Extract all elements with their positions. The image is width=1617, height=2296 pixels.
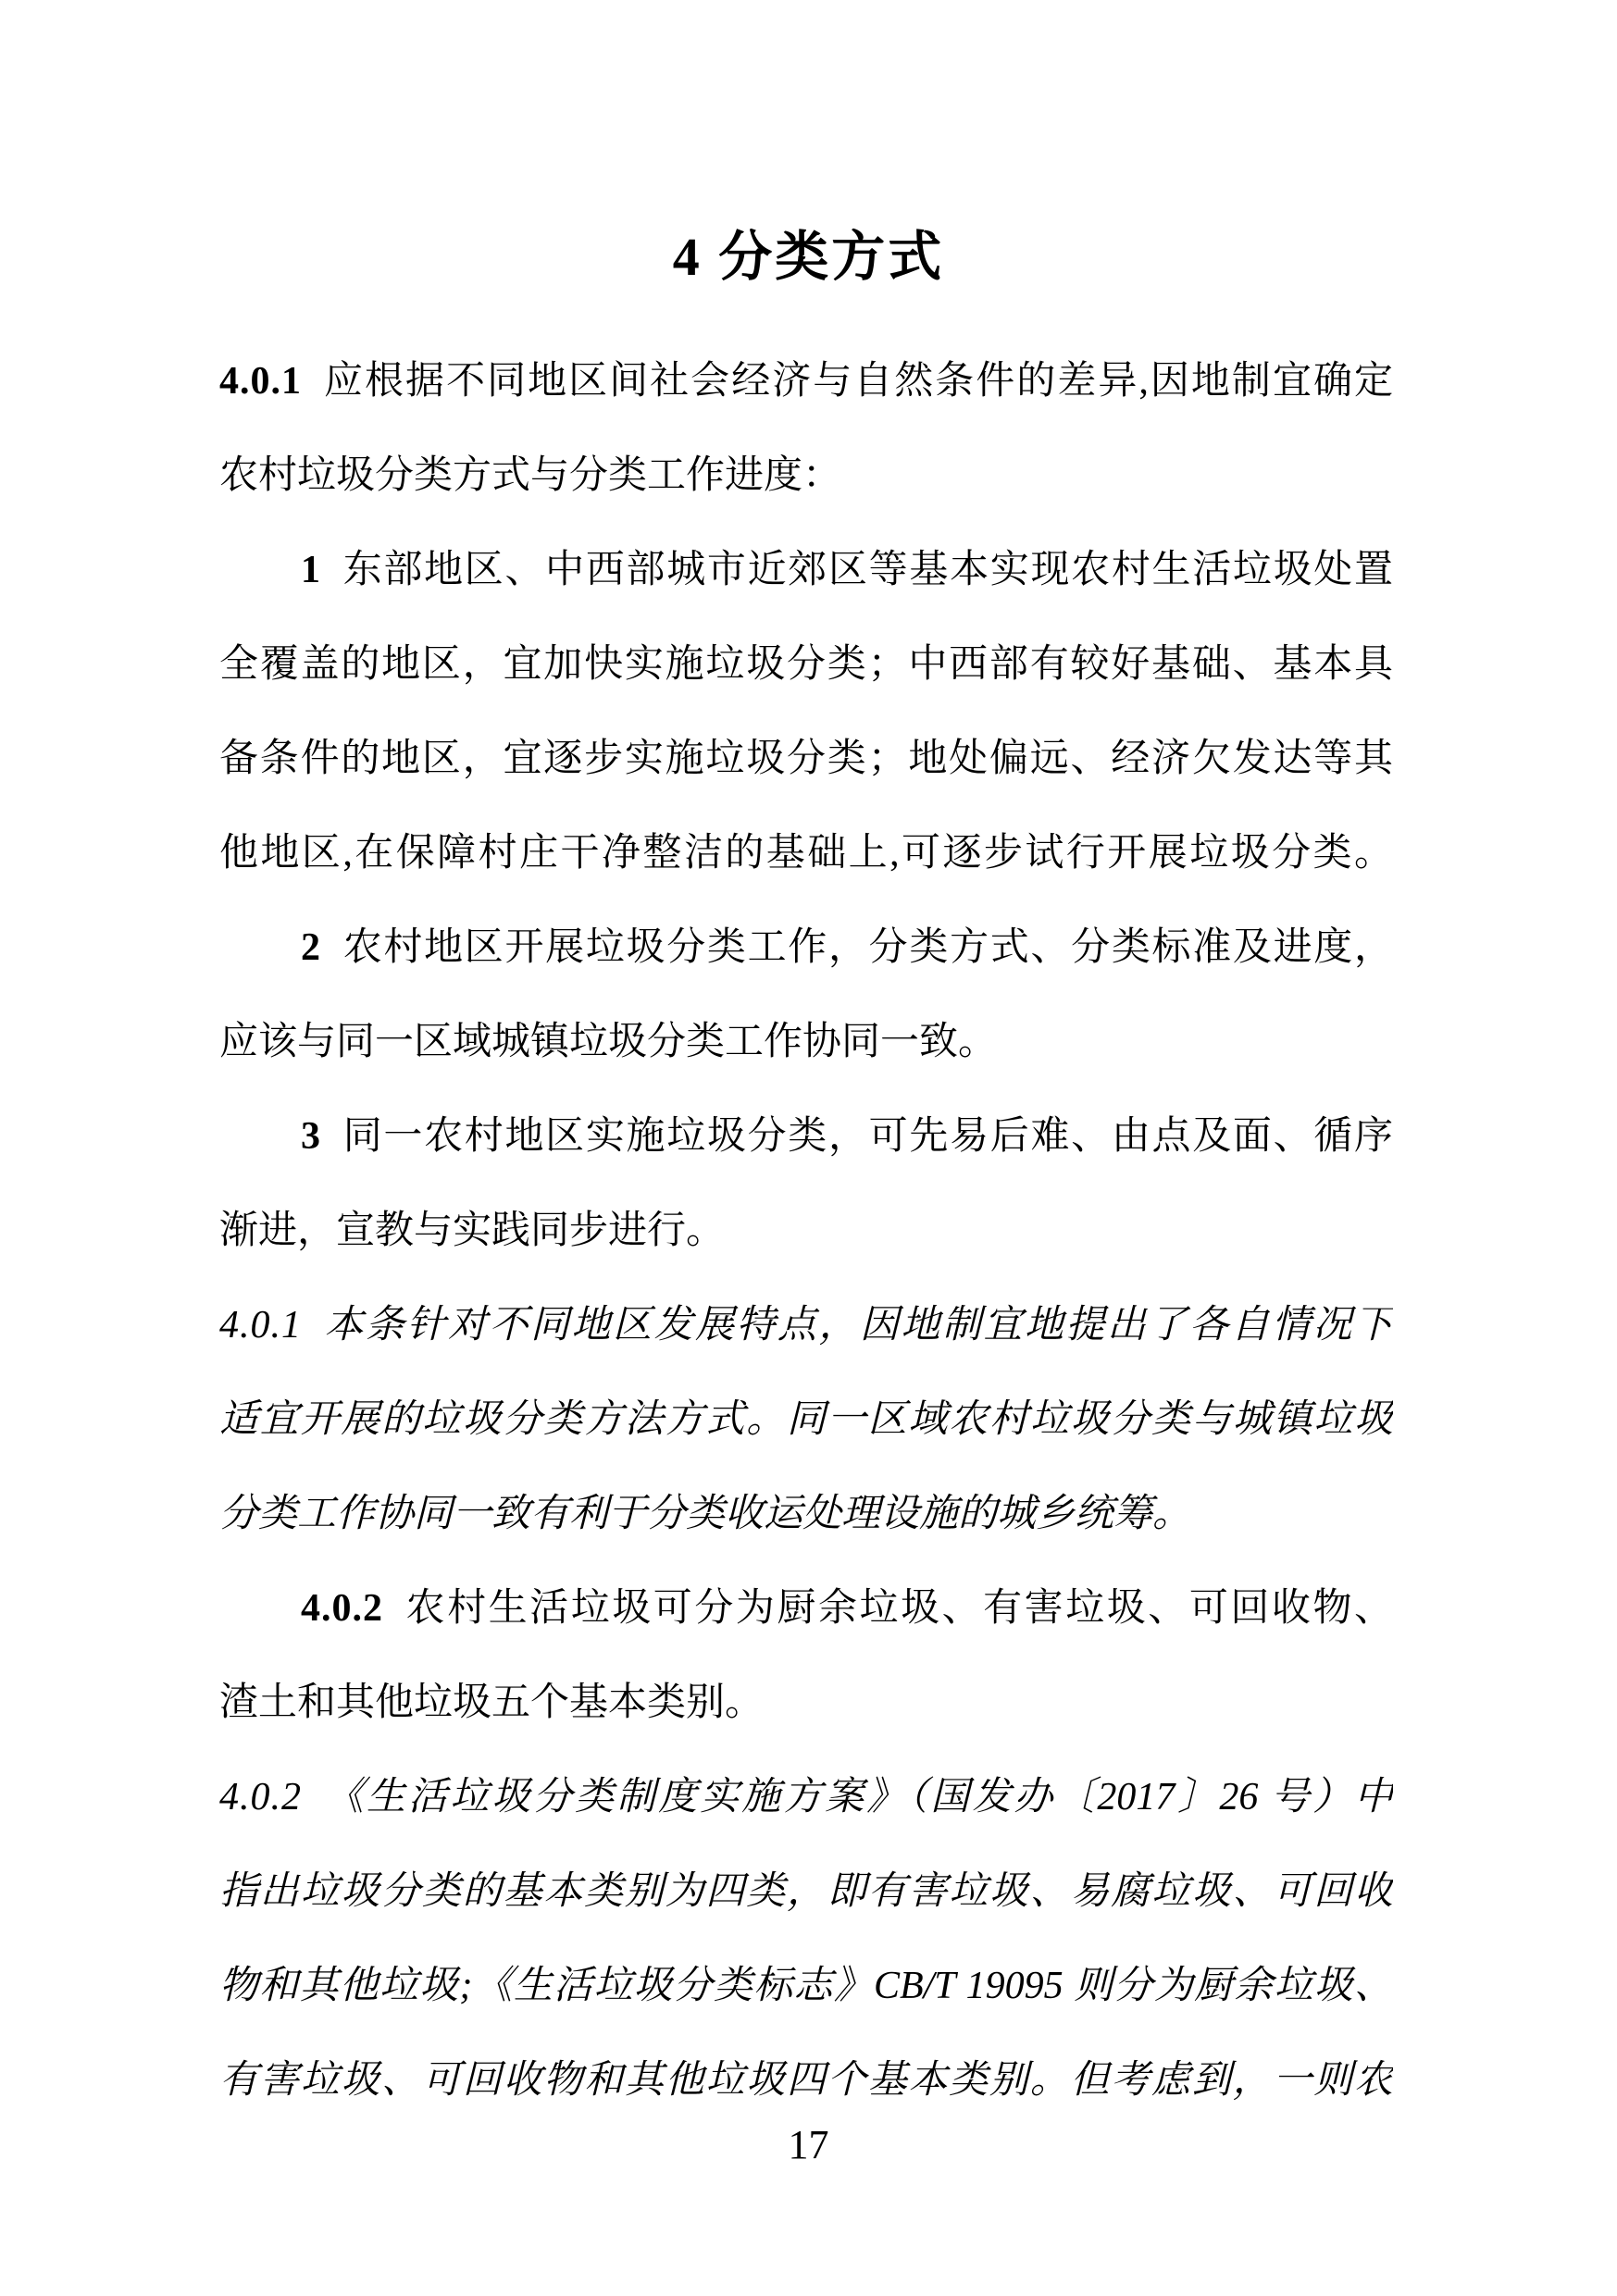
clause-number: 3 — [301, 1115, 321, 1158]
line-text: 分类工作协同一致有利于分类收运处理设施的城乡统筹。 — [219, 1493, 1191, 1535]
line-text: 他地区,在保障村庄干净整洁的基础上,可逐步试行开展垃圾分类。 — [219, 832, 1393, 875]
line-text: 指出垃圾分类的基本类别为四类，即有害垃圾、易腐垃圾、可回收 — [219, 1870, 1393, 1913]
document-page: 4 分类方式 4.0.1应根据不同地区间社会经济与自然条件的差异,因地制宜确定农… — [0, 0, 1617, 2296]
commentary-line: 物和其他垃圾;《生活垃圾分类标志》CB/T 19095 则分为厨余垃圾、 — [219, 1939, 1393, 2033]
commentary-line: 适宜开展的垃圾分类方法方式。同一区域农村垃圾分类与城镇垃圾 — [219, 1372, 1393, 1467]
clause-number: 4.0.2 — [301, 1587, 383, 1630]
line-text: 应该与同一区域城镇垃圾分类工作协同一致。 — [219, 1021, 997, 1063]
page-number: 17 — [0, 2098, 1617, 2192]
line-text: 本条针对不同地区发展特点，因地制宜地提出了各自情况下 — [322, 1304, 1393, 1347]
clause-line: 应该与同一区域城镇垃圾分类工作协同一致。 — [219, 995, 1393, 1089]
clause-number: 4.0.2 — [219, 1776, 302, 1818]
clause-line: 渐进，宣教与实践同步进行。 — [219, 1184, 1393, 1278]
line-text: 渣土和其他垃圾五个基本类别。 — [219, 1682, 764, 1724]
clause-line: 全覆盖的地区，宜加快实施垃圾分类；中西部有较好基础、基本具 — [219, 617, 1393, 712]
line-text: 农村垃圾分类方式与分类工作进度： — [219, 454, 841, 497]
line-text: 全覆盖的地区，宜加快实施垃圾分类；中西部有较好基础、基本具 — [219, 643, 1393, 686]
clause-number: 4.0.1 — [219, 360, 302, 403]
line-text: 有害垃圾、可回收物和其他垃圾四个基本类别。但考虑到，一则农 — [219, 2059, 1393, 2102]
line-text: 东部地区、中西部城市近郊区等基本实现农村生活垃圾处置 — [342, 549, 1393, 591]
chapter-title: 4 分类方式 — [0, 220, 1617, 294]
line-text: 渐进，宣教与实践同步进行。 — [219, 1210, 725, 1252]
line-text: 适宜开展的垃圾分类方法方式。同一区域农村垃圾分类与城镇垃圾 — [219, 1398, 1393, 1441]
clause-line: 农村垃圾分类方式与分类工作进度： — [219, 428, 1393, 523]
commentary-line: 4.0.2《生活垃圾分类制度实施方案》（国发办〔2017〕26 号）中 — [219, 1750, 1393, 1844]
clause-line: 4.0.1应根据不同地区间社会经济与自然条件的差异,因地制宜确定 — [219, 334, 1393, 428]
line-text: 《生活垃圾分类制度实施方案》（国发办〔2017〕26 号）中 — [322, 1776, 1393, 1818]
line-text: 应根据不同地区间社会经济与自然条件的差异,因地制宜确定 — [322, 360, 1393, 403]
clause-number: 4.0.1 — [219, 1304, 302, 1347]
line-text: 备条件的地区，宜逐步实施垃圾分类；地处偏远、经济欠发达等其 — [219, 738, 1393, 780]
line-text: 同一农村地区实施垃圾分类，可先易后难、由点及面、循序 — [342, 1115, 1393, 1158]
clause-line: 4.0.2农村生活垃圾可分为厨余垃圾、有害垃圾、可回收物、 — [219, 1561, 1393, 1656]
clause-line: 1东部地区、中西部城市近郊区等基本实现农村生活垃圾处置 — [219, 523, 1393, 617]
commentary-line: 指出垃圾分类的基本类别为四类，即有害垃圾、易腐垃圾、可回收 — [219, 1844, 1393, 1939]
clause-number: 1 — [301, 549, 321, 591]
clause-line: 3同一农村地区实施垃圾分类，可先易后难、由点及面、循序 — [219, 1089, 1393, 1184]
document-body: 4.0.1应根据不同地区间社会经济与自然条件的差异,因地制宜确定农村垃圾分类方式… — [219, 334, 1393, 2128]
commentary-line: 4.0.1本条针对不同地区发展特点，因地制宜地提出了各自情况下 — [219, 1278, 1393, 1372]
clause-line: 他地区,在保障村庄干净整洁的基础上,可逐步试行开展垃圾分类。 — [219, 806, 1393, 900]
clause-line: 备条件的地区，宜逐步实施垃圾分类；地处偏远、经济欠发达等其 — [219, 712, 1393, 806]
line-text: 农村生活垃圾可分为厨余垃圾、有害垃圾、可回收物、 — [404, 1587, 1393, 1630]
line-text: 物和其他垃圾;《生活垃圾分类标志》CB/T 19095 则分为厨余垃圾、 — [219, 1965, 1393, 2007]
clause-line: 渣土和其他垃圾五个基本类别。 — [219, 1656, 1393, 1750]
commentary-line: 分类工作协同一致有利于分类收运处理设施的城乡统筹。 — [219, 1467, 1393, 1561]
line-text: 农村地区开展垃圾分类工作，分类方式、分类标准及进度， — [342, 926, 1393, 969]
clause-line: 2农村地区开展垃圾分类工作，分类方式、分类标准及进度， — [219, 900, 1393, 995]
clause-number: 2 — [301, 926, 321, 969]
